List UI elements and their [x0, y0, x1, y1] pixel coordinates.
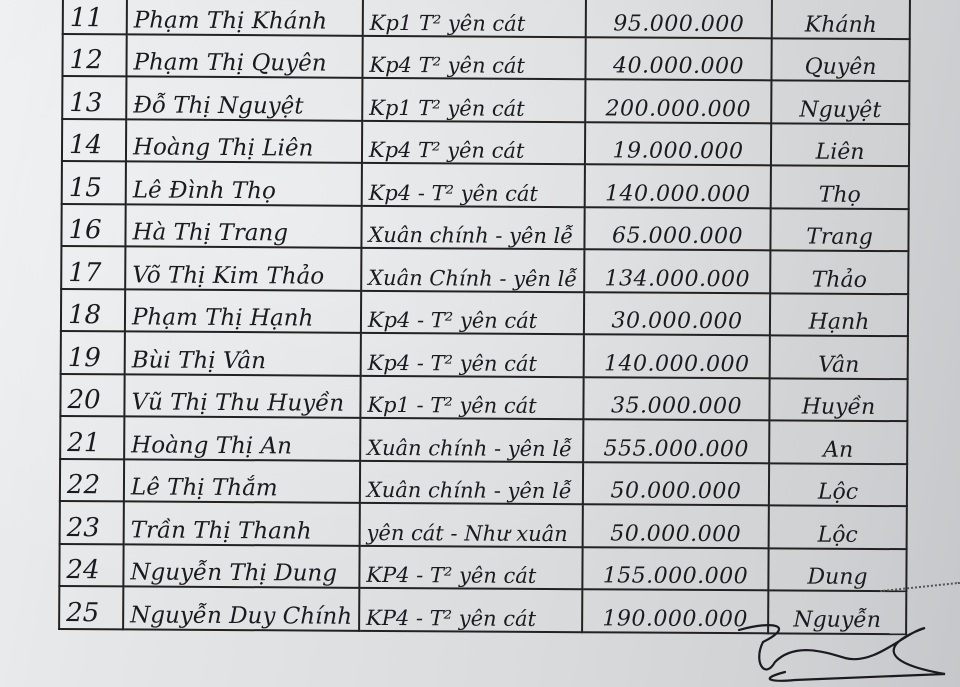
row-name: Hà Thị Trang — [125, 204, 361, 248]
row-address: KP4 - T² yên cát — [359, 588, 582, 632]
row-number: 19 — [61, 331, 125, 374]
row-signature: Thọ — [771, 165, 909, 208]
table-row: 18 Phạm Thị Hạnh Kp4 - T² yên cát 30.000… — [61, 289, 908, 337]
table-row: 13 Đỗ Thị Nguyệt Kp1 T² yên cát 200.000.… — [62, 76, 909, 124]
row-address: Xuân Chính - yên lễ — [361, 248, 584, 292]
table-row: 17 Võ Thị Kim Thảo Xuân Chính - yên lễ 1… — [61, 246, 908, 294]
row-address: yên cát - Như xuân — [360, 503, 583, 547]
row-name: Trần Thị Thanh — [124, 501, 360, 545]
row-number: 21 — [60, 416, 124, 459]
row-address: Kp4 T² yên cát — [362, 120, 585, 164]
row-signature: Hạnh — [770, 293, 908, 336]
row-signature: Huyền — [769, 378, 907, 421]
row-name: Phạm Thị Quyên — [126, 34, 362, 78]
row-amount: 35.000.000 — [583, 377, 769, 421]
table-row: 25 Nguyễn Duy Chính KP4 - T² yên cát 190… — [59, 586, 906, 634]
row-name: Hoàng Thị An — [124, 416, 360, 460]
row-number: 25 — [59, 586, 123, 629]
row-address: Xuân chính - yên lễ — [360, 460, 583, 504]
table-row: 24 Nguyễn Thị Dung KP4 - T² yên cát 155.… — [59, 543, 906, 591]
table-row: 22 Lê Thị Thắm Xuân chính - yên lễ 50.00… — [60, 458, 907, 506]
row-name: Võ Thị Kim Thảo — [125, 246, 361, 290]
row-signature: Khánh — [772, 0, 910, 39]
row-signature: Nguyệt — [771, 80, 909, 123]
ledger-body: 11 Phạm Thị Khánh Kp1 T² yên cát 95.000.… — [59, 0, 910, 634]
row-amount: 134.000.000 — [584, 249, 770, 293]
row-amount: 140.000.000 — [584, 334, 770, 378]
row-address: KP4 - T² yên cát — [359, 545, 582, 589]
row-number: 16 — [61, 204, 125, 247]
row-number: 17 — [61, 246, 125, 289]
row-amount: 40.000.000 — [585, 37, 771, 81]
row-signature: Nguyễn — [768, 590, 906, 633]
row-amount: 140.000.000 — [585, 164, 771, 208]
table-row: 21 Hoàng Thị An Xuân chính - yên lễ 555.… — [60, 416, 907, 464]
row-signature: Trang — [770, 208, 908, 251]
row-address: Kp1 T² yên cát — [362, 78, 585, 122]
row-address: Kp4 - T² yên cát — [361, 333, 584, 377]
row-number: 11 — [63, 0, 127, 34]
row-address: Xuân chính - yên lễ — [360, 418, 583, 462]
row-amount: 65.000.000 — [584, 207, 770, 251]
row-name: Bùi Thị Vân — [125, 331, 361, 375]
row-address: Xuân chính - yên lễ — [361, 205, 584, 249]
row-amount: 555.000.000 — [583, 419, 769, 463]
table-row: 14 Hoàng Thị Liên Kp4 T² yên cát 19.000.… — [62, 119, 909, 167]
row-name: Phạm Thị Khánh — [127, 0, 363, 35]
row-name: Nguyễn Thị Dung — [123, 544, 359, 588]
row-address: Kp1 T² yên cát — [363, 0, 586, 37]
table-row: 20 Vũ Thị Thu Huyền Kp1 - T² yên cát 35.… — [60, 373, 907, 421]
row-number: 15 — [62, 161, 126, 204]
row-name: Nguyễn Duy Chính — [123, 586, 359, 630]
row-amount: 50.000.000 — [583, 504, 769, 548]
row-amount: 190.000.000 — [582, 589, 768, 633]
row-number: 22 — [60, 458, 124, 501]
row-amount: 155.000.000 — [582, 547, 768, 591]
row-name: Vũ Thị Thu Huyền — [124, 374, 360, 418]
row-amount: 50.000.000 — [583, 462, 769, 506]
row-signature: Dung — [768, 548, 906, 591]
table-row: 23 Trần Thị Thanh yên cát - Như xuân 50.… — [60, 501, 907, 549]
row-signature: Lộc — [769, 505, 907, 548]
row-address: Kp1 - T² yên cát — [360, 375, 583, 419]
row-number: 13 — [62, 76, 126, 119]
row-amount: 200.000.000 — [585, 79, 771, 123]
row-signature: Lộc — [769, 463, 907, 506]
row-name: Lê Thị Thắm — [124, 459, 360, 503]
row-name: Hoàng Thị Liên — [126, 119, 362, 163]
row-signature: Vân — [770, 335, 908, 378]
row-number: 24 — [59, 543, 123, 586]
row-amount: 95.000.000 — [586, 0, 772, 38]
table-row: 19 Bùi Thị Vân Kp4 - T² yên cát 140.000.… — [61, 331, 908, 379]
row-signature: Thảo — [770, 250, 908, 293]
table-row: 12 Phạm Thị Quyên Kp4 T² yên cát 40.000.… — [62, 34, 909, 82]
ledger-table: 11 Phạm Thị Khánh Kp1 T² yên cát 95.000.… — [58, 0, 911, 635]
row-address: Kp4 - T² yên cát — [362, 163, 585, 207]
row-number: 23 — [60, 501, 124, 544]
row-name: Đỗ Thị Nguyệt — [126, 76, 362, 120]
row-signature: An — [769, 420, 907, 463]
row-address: Kp4 - T² yên cát — [361, 290, 584, 334]
row-address: Kp4 T² yên cát — [362, 35, 585, 79]
table-row: 15 Lê Đình Thọ Kp4 - T² yên cát 140.000.… — [62, 161, 909, 209]
table-row: 11 Phạm Thị Khánh Kp1 T² yên cát 95.000.… — [63, 0, 910, 39]
row-number: 18 — [61, 289, 125, 332]
table-row: 16 Hà Thị Trang Xuân chính - yên lễ 65.0… — [61, 204, 908, 252]
row-signature: Quyên — [771, 38, 909, 81]
row-number: 20 — [60, 373, 124, 416]
row-amount: 19.000.000 — [585, 122, 771, 166]
row-number: 12 — [62, 34, 126, 77]
row-name: Phạm Thị Hạnh — [125, 289, 361, 333]
row-number: 14 — [62, 119, 126, 162]
row-name: Lê Đình Thọ — [126, 161, 362, 205]
row-amount: 30.000.000 — [584, 292, 770, 336]
row-signature: Liên — [771, 123, 909, 166]
